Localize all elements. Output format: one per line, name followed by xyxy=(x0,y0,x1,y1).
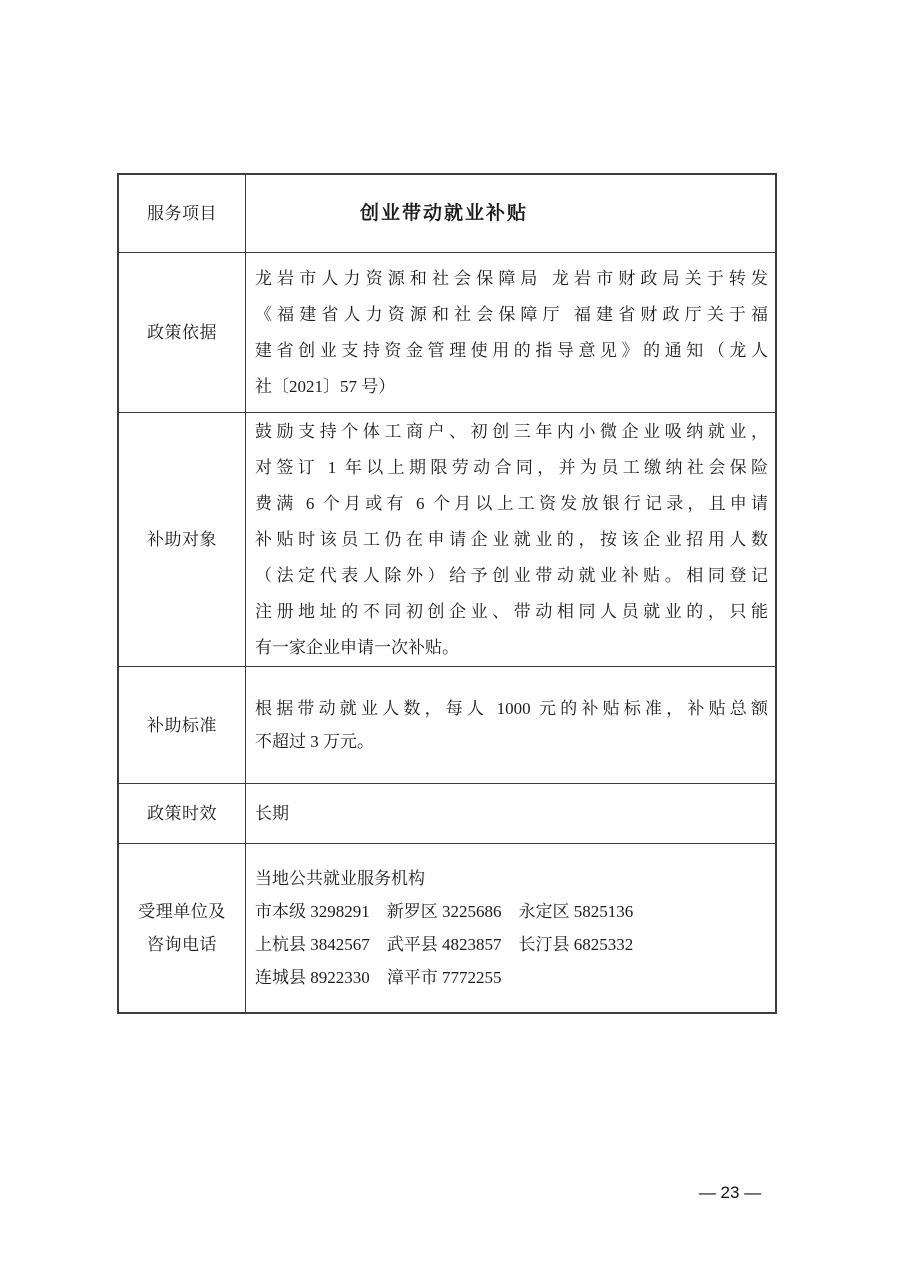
label-text: 政策依据 xyxy=(147,316,217,349)
row-label-subsidy-standard: 补助标准 xyxy=(119,667,246,783)
table-row-policy-validity: 政策时效 长期 xyxy=(119,783,775,843)
content-line: 对签订 1 年以上期限劳动合同，并为员工缴纳社会保险 xyxy=(255,450,768,486)
content-line: 《福建省人力资源和社会保障厅 福建省财政厅关于福 xyxy=(255,297,768,333)
content-line: 注册地址的不同初创企业、带动相同人员就业的，只能 xyxy=(255,594,768,630)
row-content-subsidy-standard: 根据带动就业人数，每人 1000 元的补贴标准，补贴总额 不超过 3 万元。 xyxy=(246,667,775,783)
content-line: 鼓励支持个体工商户、初创三年内小微企业吸纳就业， xyxy=(255,414,768,450)
label-text: 补助标准 xyxy=(147,709,217,742)
content-line: 长期 xyxy=(255,796,768,832)
label-text: 服务项目 xyxy=(147,197,217,230)
row-content-accepting-unit: 当地公共就业服务机构 市本级 3298291 新罗区 3225686 永定区 5… xyxy=(246,844,775,1012)
table-row-accepting-unit: 受理单位及 咨询电话 当地公共就业服务机构 市本级 3298291 新罗区 32… xyxy=(119,843,775,1012)
content-line: 当地公共就业服务机构 xyxy=(255,862,768,895)
table-row-service-item: 服务项目 创业带动就业补贴 xyxy=(119,175,775,252)
document-page: { "page": { "number": "— 23 —" }, "table… xyxy=(0,0,900,1273)
content-line: 不超过 3 万元。 xyxy=(255,725,768,758)
content-line: （法定代表人除外）给予创业带动就业补贴。相同登记 xyxy=(255,558,768,594)
table-row-subsidy-target: 补助对象 鼓励支持个体工商户、初创三年内小微企业吸纳就业， 对签订 1 年以上期… xyxy=(119,412,775,666)
table-row-policy-basis: 政策依据 龙岩市人力资源和社会保障局 龙岩市财政局关于转发 《福建省人力资源和社… xyxy=(119,252,775,412)
table-title: 创业带动就业补贴 xyxy=(360,196,528,232)
row-content-service-item: 创业带动就业补贴 xyxy=(246,175,775,252)
content-line: 建省创业支持资金管理使用的指导意见》的通知（龙人 xyxy=(255,333,768,369)
table-row-subsidy-standard: 补助标准 根据带动就业人数，每人 1000 元的补贴标准，补贴总额 不超过 3 … xyxy=(119,666,775,783)
row-label-subsidy-target: 补助对象 xyxy=(119,413,246,666)
page-number: — 23 — xyxy=(688,1183,772,1203)
row-content-policy-basis: 龙岩市人力资源和社会保障局 龙岩市财政局关于转发 《福建省人力资源和社会保障厅 … xyxy=(246,253,775,412)
content-line: 连城县 8922330 漳平市 7772255 xyxy=(255,961,768,994)
content-line: 有一家企业申请一次补贴。 xyxy=(255,630,768,666)
policy-table: 服务项目 创业带动就业补贴 政策依据 龙岩市人力资源和社会保障局 龙岩市财政局关… xyxy=(117,173,777,1014)
content-line: 上杭县 3842567 武平县 4823857 长汀县 6825332 xyxy=(255,928,768,961)
row-content-subsidy-target: 鼓励支持个体工商户、初创三年内小微企业吸纳就业， 对签订 1 年以上期限劳动合同… xyxy=(246,413,775,666)
content-line: 费满 6 个月或有 6 个月以上工资发放银行记录，且申请 xyxy=(255,486,768,522)
label-text: 政策时效 xyxy=(147,797,217,830)
label-text-line: 受理单位及 xyxy=(138,895,226,928)
label-text: 补助对象 xyxy=(147,523,217,556)
label-text-line: 咨询电话 xyxy=(147,928,217,961)
row-content-policy-validity: 长期 xyxy=(246,784,775,843)
row-label-policy-validity: 政策时效 xyxy=(119,784,246,843)
row-label-policy-basis: 政策依据 xyxy=(119,253,246,412)
content-line: 市本级 3298291 新罗区 3225686 永定区 5825136 xyxy=(255,895,768,928)
content-line: 补贴时该员工仍在申请企业就业的，按该企业招用人数 xyxy=(255,522,768,558)
content-line: 社〔2021〕57 号） xyxy=(255,369,768,405)
content-line: 龙岩市人力资源和社会保障局 龙岩市财政局关于转发 xyxy=(255,261,768,297)
content-line: 根据带动就业人数，每人 1000 元的补贴标准，补贴总额 xyxy=(255,692,768,725)
row-label-accepting-unit: 受理单位及 咨询电话 xyxy=(119,844,246,1012)
row-label-service-item: 服务项目 xyxy=(119,175,246,252)
